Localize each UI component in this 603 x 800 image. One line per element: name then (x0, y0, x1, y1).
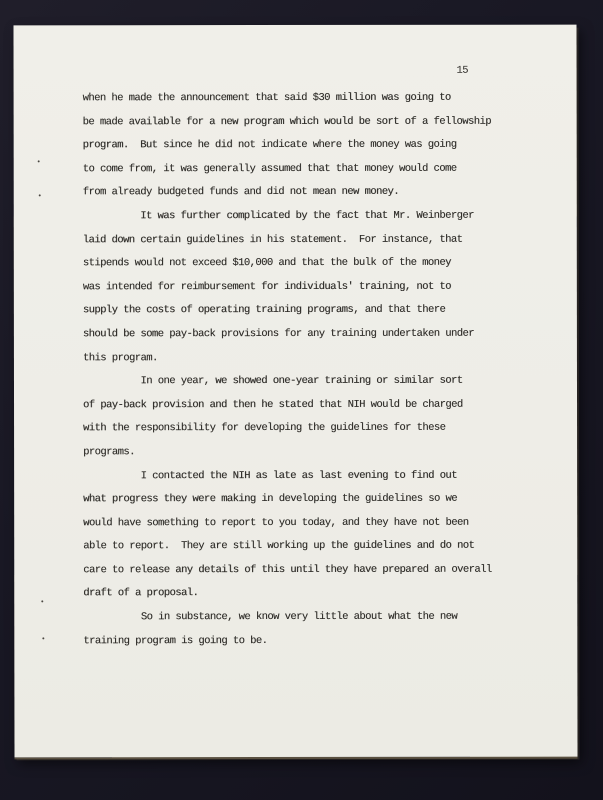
margin-speck (38, 160, 40, 162)
page-body-text: when he made the announcement that said … (83, 87, 492, 654)
margin-speck (39, 194, 41, 196)
margin-speck (42, 637, 44, 639)
scan-background: 15 when he made the announcement that sa… (0, 0, 603, 800)
document-page: 15 when he made the announcement that sa… (13, 25, 577, 758)
margin-speck (41, 600, 43, 602)
page-number: 15 (457, 65, 469, 77)
